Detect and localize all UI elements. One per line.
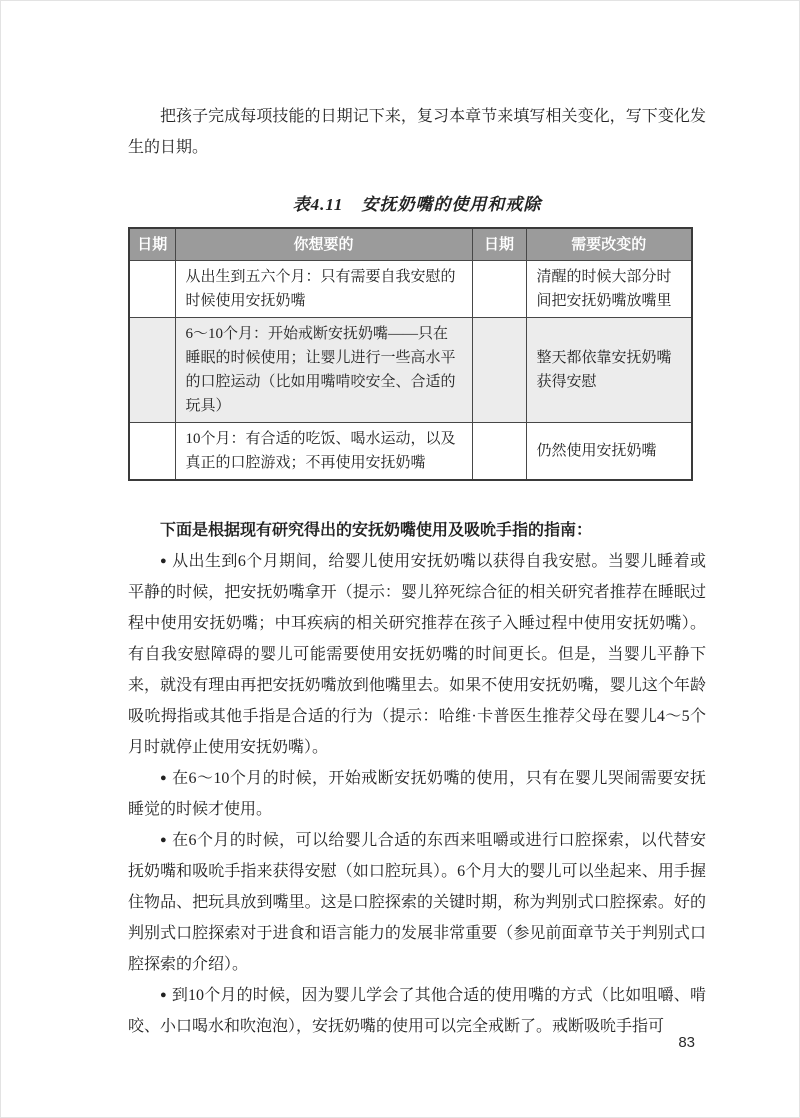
want-cell: 10个月：有合适的吃饭、喝水运动，以及真正的口腔游戏；不再使用安抚奶嘴	[175, 423, 472, 481]
guideline-item: ●在6～10个月的时候，开始戒断安抚奶嘴的使用，只有在婴儿哭闹需要安抚睡觉的时候…	[128, 763, 706, 825]
bullet-icon: ●	[160, 772, 167, 784]
table-row: 6～10个月：开始戒断安抚奶嘴——只在睡眠的时候使用；让婴儿进行一些高水平的口腔…	[129, 318, 692, 423]
table-caption: 表4.11 安抚奶嘴的使用和戒除	[128, 190, 706, 215]
guidelines-heading: 下面是根据现有研究得出的安抚奶嘴使用及吸吮手指的指南：	[128, 515, 706, 546]
guideline-text: 在6～10个月的时候，开始戒断安抚奶嘴的使用，只有在婴儿哭闹需要安抚睡觉的时候才…	[128, 770, 706, 818]
want-cell: 从出生到五六个月：只有需要自我安慰的时候使用安抚奶嘴	[175, 261, 472, 318]
table-header-row: 日期 你想要的 日期 需要改变的	[129, 228, 692, 261]
guidelines-section: 下面是根据现有研究得出的安抚奶嘴使用及吸吮手指的指南： ●从出生到6个月期间，给…	[128, 515, 706, 1042]
date-cell	[129, 423, 175, 481]
guideline-item: ●从出生到6个月期间，给婴儿使用安抚奶嘴以获得自我安慰。当婴儿睡着或平静的时候，…	[128, 546, 706, 763]
guideline-text: 从出生到6个月期间，给婴儿使用安抚奶嘴以获得自我安慰。当婴儿睡着或平静的时候，把…	[128, 553, 706, 756]
header-needs-change: 需要改变的	[526, 228, 692, 261]
guideline-text: 在6个月的时候，可以给婴儿合适的东西来咀嚼或进行口腔探索，以代替安抚奶嘴和吸吮手…	[128, 832, 706, 973]
bullet-icon: ●	[160, 989, 167, 1001]
guideline-text: 到10个月的时候，因为婴儿学会了其他合适的使用嘴的方式（比如咀嚼、啃咬、小口喝水…	[128, 987, 706, 1035]
change-cell: 仍然使用安抚奶嘴	[526, 423, 692, 481]
bullet-icon: ●	[160, 834, 167, 846]
page-content: 把孩子完成每项技能的日期记下来，复习本章节来填写相关变化，写下变化发生的日期。 …	[128, 101, 706, 1042]
table-row: 从出生到五六个月：只有需要自我安慰的时候使用安抚奶嘴 清醒的时候大部分时间把安抚…	[129, 261, 692, 318]
header-date-right: 日期	[472, 228, 526, 261]
want-cell: 6～10个月：开始戒断安抚奶嘴——只在睡眠的时候使用；让婴儿进行一些高水平的口腔…	[175, 318, 472, 423]
pacifier-use-table: 日期 你想要的 日期 需要改变的 从出生到五六个月：只有需要自我安慰的时候使用安…	[128, 227, 693, 481]
guideline-item: ●到10个月的时候，因为婴儿学会了其他合适的使用嘴的方式（比如咀嚼、啃咬、小口喝…	[128, 980, 706, 1042]
change-cell: 整天都依靠安抚奶嘴获得安慰	[526, 318, 692, 423]
date-cell	[472, 318, 526, 423]
date-cell	[129, 318, 175, 423]
change-cell: 清醒的时候大部分时间把安抚奶嘴放嘴里	[526, 261, 692, 318]
guideline-item: ●在6个月的时候，可以给婴儿合适的东西来咀嚼或进行口腔探索，以代替安抚奶嘴和吸吮…	[128, 825, 706, 980]
header-date-left: 日期	[129, 228, 175, 261]
page-number: 83	[678, 1034, 695, 1051]
date-cell	[472, 423, 526, 481]
table-row: 10个月：有合适的吃饭、喝水运动，以及真正的口腔游戏；不再使用安抚奶嘴 仍然使用…	[129, 423, 692, 481]
date-cell	[472, 261, 526, 318]
bullet-icon: ●	[160, 555, 167, 567]
intro-paragraph: 把孩子完成每项技能的日期记下来，复习本章节来填写相关变化，写下变化发生的日期。	[128, 101, 706, 163]
date-cell	[129, 261, 175, 318]
scanned-book-page: { "page": { "intro_paragraph": "把孩子完成每项技…	[0, 0, 800, 1118]
header-what-you-want: 你想要的	[175, 228, 472, 261]
